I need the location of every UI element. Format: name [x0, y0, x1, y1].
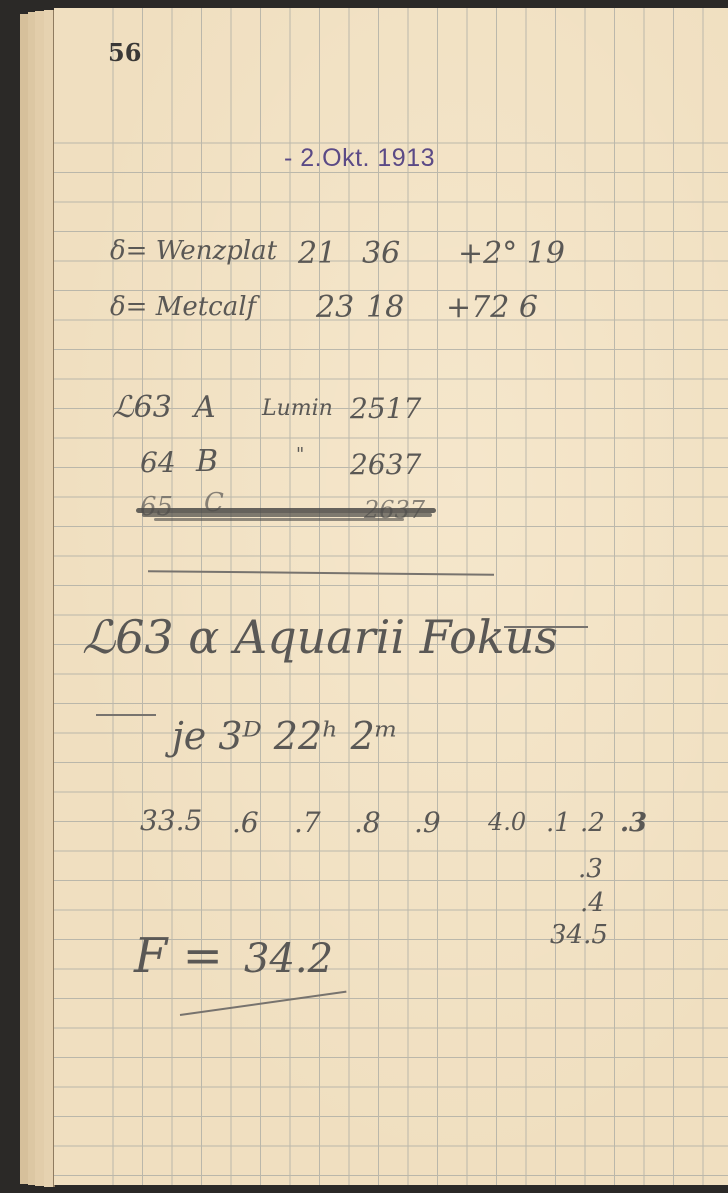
- notebook-page: 56 - 2.Okt. 1913 δ= Wenzplat 21 36 +2° 1…: [54, 8, 728, 1185]
- plate-2-note: ": [296, 444, 304, 465]
- reading-4: .9: [414, 806, 441, 839]
- coord-row-1-label: δ= Wenzplat: [110, 236, 277, 266]
- strikethrough-line: [154, 518, 404, 521]
- reading-col-1: .4: [580, 888, 605, 918]
- coord-row-2-dec: +72 6: [446, 290, 538, 325]
- result-label: F =: [134, 928, 223, 984]
- reading-6: .1: [546, 808, 571, 838]
- reading-3: .8: [354, 806, 381, 839]
- reading-8: .3: [620, 808, 647, 838]
- heading-underline: [96, 714, 156, 716]
- reading-5: 4.0: [488, 808, 526, 836]
- page-number: 56: [108, 38, 141, 67]
- reading-7: .2: [580, 808, 605, 838]
- plate-1-id: ℒ63: [112, 390, 172, 425]
- graph-paper-grid: [54, 8, 728, 1185]
- fokus-overline: [504, 626, 588, 628]
- coord-row-1-ra-m: 36: [362, 236, 400, 271]
- reading-col-0: .3: [578, 854, 603, 884]
- section-heading: ℒ63 α Aquarii Fokus: [82, 610, 558, 664]
- coord-row-1-ra-h: 21: [298, 236, 336, 271]
- plate-2-id: 64: [140, 446, 176, 479]
- coord-row-1-dec: +2° 19: [458, 236, 565, 271]
- reading-2: .7: [294, 806, 321, 839]
- plate-1-value: 2517: [350, 392, 421, 425]
- reading-col-2: 34.5: [550, 920, 608, 950]
- section-subheading: je 3ᴰ 22ʰ 2ᵐ: [172, 714, 398, 758]
- result-value: 34.2: [244, 936, 333, 982]
- plate-1-letter: A: [194, 390, 216, 425]
- coord-row-2-label: δ= Metcalf: [110, 292, 256, 322]
- strikethrough-line: [142, 513, 432, 517]
- plate-1-note: Lumin: [262, 396, 333, 421]
- plate-2-letter: B: [196, 444, 218, 479]
- date-stamp: - 2.Okt. 1913: [284, 144, 435, 173]
- reading-0: 33.5: [140, 804, 202, 837]
- reading-1: .6: [232, 806, 259, 839]
- coord-row-2-ra-h: 23: [316, 290, 354, 325]
- plate-2-value: 2637: [350, 448, 421, 481]
- coord-row-2-ra-m: 18: [366, 290, 404, 325]
